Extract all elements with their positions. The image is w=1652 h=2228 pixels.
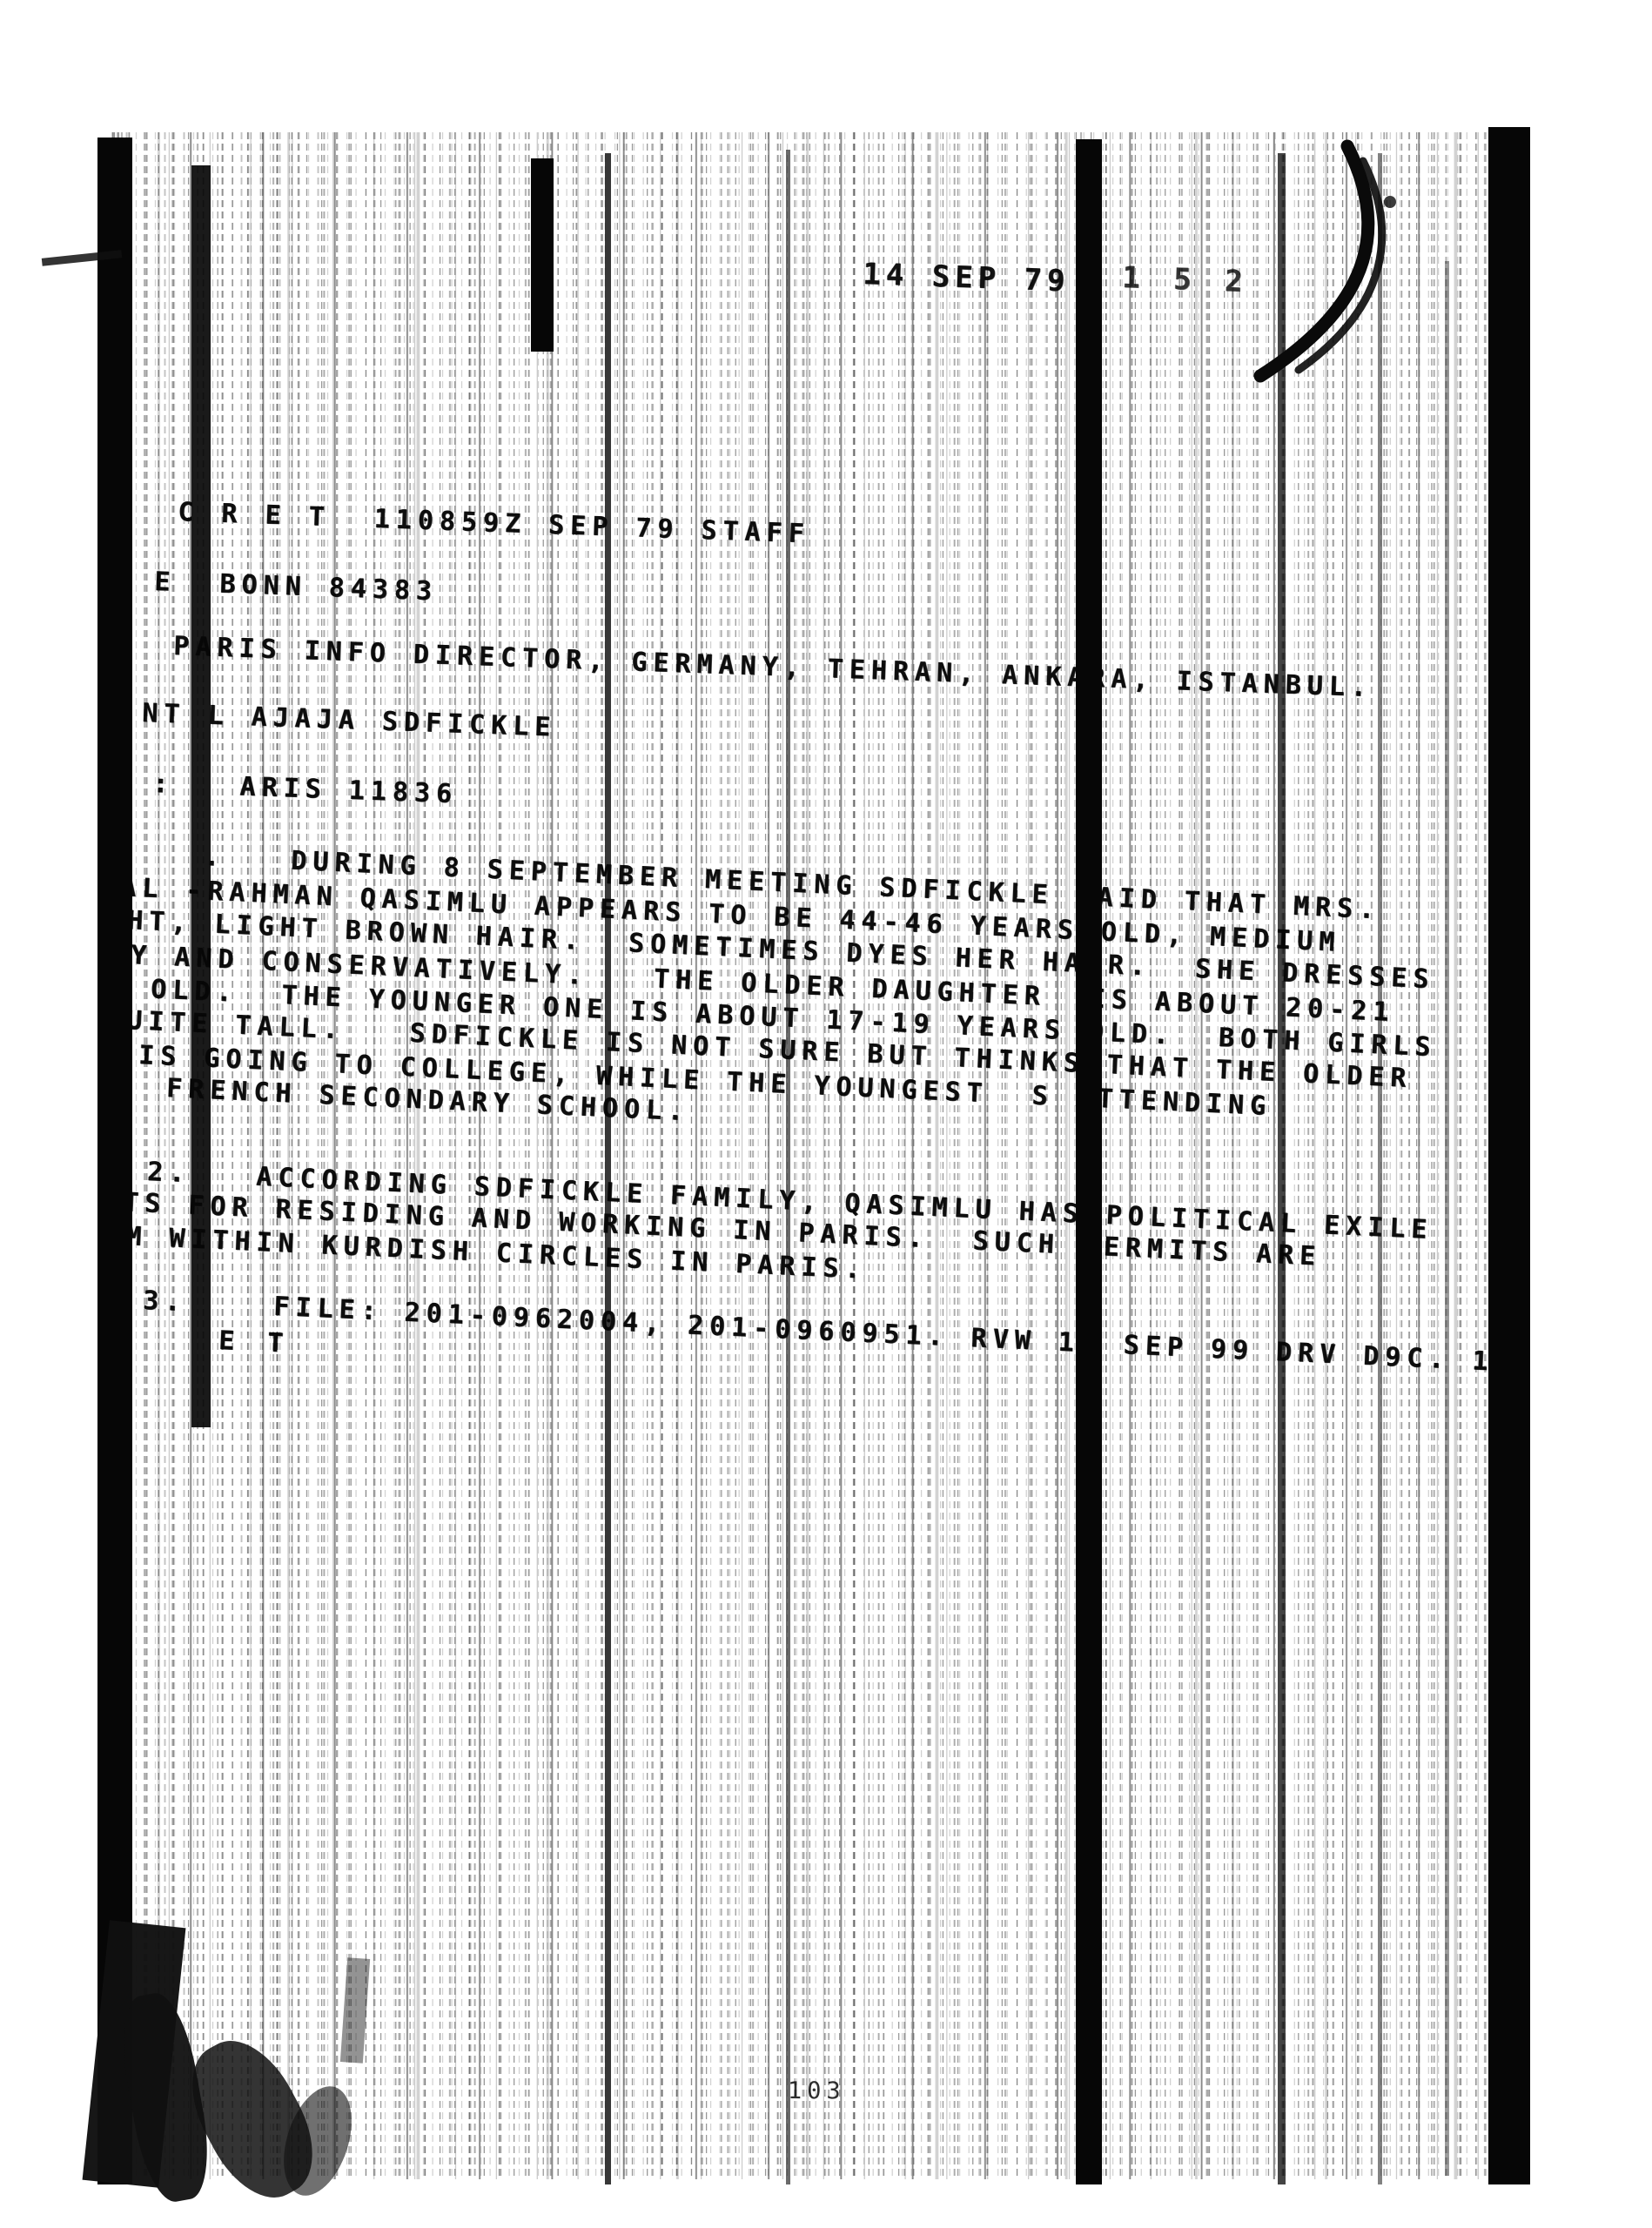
scan-bar-left	[97, 138, 132, 2184]
date-stamp: 14 SEP 79	[863, 259, 1071, 296]
scan-bar	[1445, 261, 1449, 2176]
scan-bar-right	[1488, 127, 1530, 2184]
ink-blob	[113, 1989, 218, 2206]
classification-line: C R E T 110859Z SEP 79 STAFF	[178, 498, 811, 549]
ink-blob	[272, 2077, 365, 2204]
ink-smudge	[340, 1957, 370, 2064]
scan-bar-top	[531, 158, 554, 352]
scan-bar	[786, 150, 790, 2184]
addressees-line: PARIS INFO DIRECTOR, GERMANY, TEHRAN, AN…	[173, 632, 1373, 703]
scan-bar	[1278, 153, 1286, 2184]
reference-line: : ARIS 11836	[152, 769, 459, 809]
scan-streaks-continuous	[111, 132, 1534, 2179]
margin-tick-mark	[42, 250, 122, 266]
stamp-number: 1 5 2	[1122, 263, 1251, 297]
subject-line: NT L AJAJA SDFICKLE	[142, 699, 557, 743]
ink-blob	[83, 1920, 186, 2188]
ink-blob	[171, 2023, 333, 2214]
file-line: 3. FILE: 201-0962004, 201-0960951. RVW 1…	[142, 1286, 1516, 1379]
origin-line: E BONN 84383	[154, 567, 439, 607]
scan-bar-center	[1076, 139, 1102, 2184]
pen-stroke-curve	[0, 0, 1652, 2228]
classification-footer-fragment: E T	[218, 1326, 292, 1359]
scan-bar	[605, 153, 611, 2184]
page-number: 103	[788, 2077, 846, 2106]
scan-bar	[1378, 153, 1382, 2184]
scanned-document-page: 14 SEP 79 1 5 2 C R E T 110859Z SEP 79 S…	[0, 0, 1652, 2228]
scan-streaks-dashed	[111, 132, 1534, 2179]
